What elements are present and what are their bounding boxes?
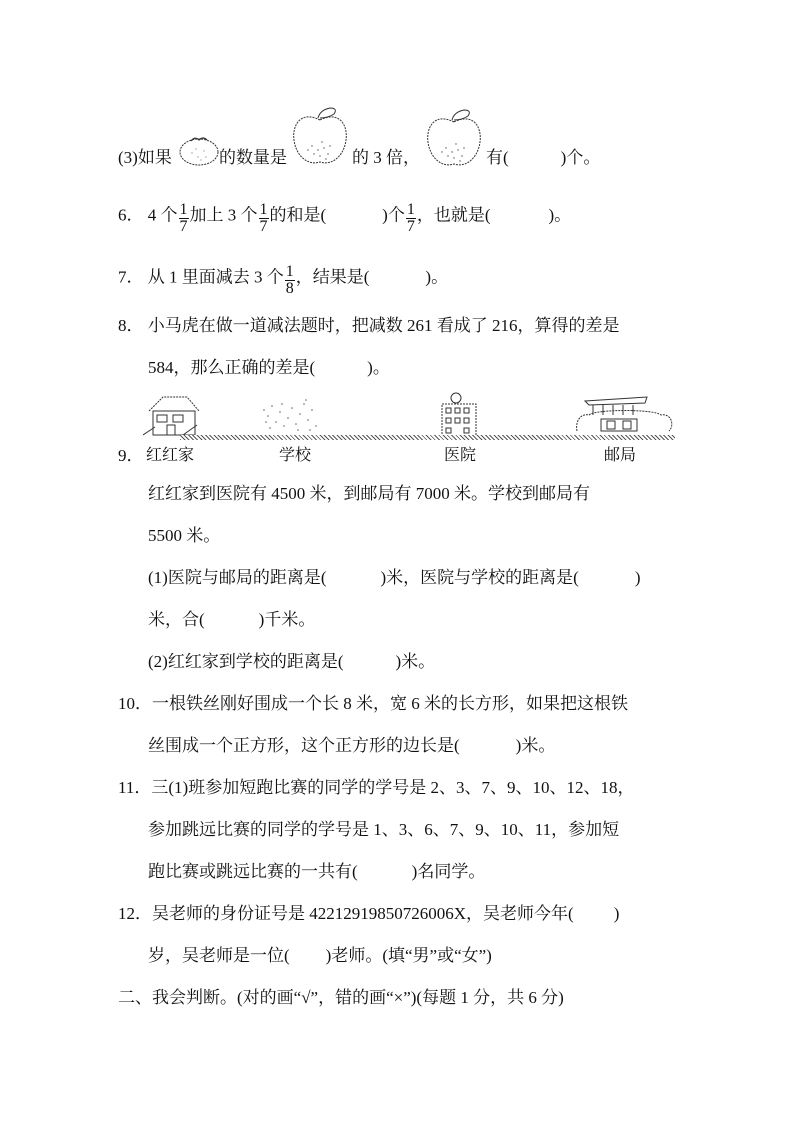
q11-text: )名同学。 <box>412 862 486 881</box>
numerator: 1 <box>179 202 189 219</box>
place-label-hospital: 医院 <box>444 446 476 466</box>
road-line <box>180 435 675 440</box>
question-12-line2: 岁，吴老师是一位()老师。(填“男”或“女”) <box>148 946 492 966</box>
q9-text: 米，合( <box>148 610 205 629</box>
q12-text: )老师。(填“男”或“女”) <box>326 946 492 965</box>
question-number: 6． <box>118 205 144 224</box>
denominator: 8 <box>285 281 295 297</box>
denominator: 7 <box>259 219 269 235</box>
section-2-title: 二、我会判断。(对的画“√”，错的画“×”)(每题 1 分，共 6 分) <box>118 988 564 1008</box>
q10-text: 一根铁丝刚好围成一个长 8 米，宽 6 米的长方形，如果把这根铁 <box>152 694 628 713</box>
q6-text: )个 <box>382 205 405 224</box>
q5-part3: (3)如果 <box>118 148 172 168</box>
tomato-icon <box>178 133 220 167</box>
q12-text: 吴老师的身份证号是 42212919850726006X，吴老师今年( <box>152 904 574 923</box>
question-10-line2: 丝围成一个正方形，这个正方形的边长是()米。 <box>148 736 555 756</box>
q6-text: )。 <box>549 205 572 224</box>
hospital-icon <box>438 390 480 438</box>
question-number: 7． <box>118 267 144 286</box>
numerator: 1 <box>406 202 416 219</box>
question-number: 12． <box>118 904 152 923</box>
place-label-home: 红红家 <box>146 446 194 466</box>
question-number: 8． <box>118 316 144 335</box>
fraction: 17 <box>406 202 416 235</box>
numerator: 1 <box>285 264 295 281</box>
question-9-number: 9． <box>118 446 144 466</box>
question-11-line1: 11．三(1)班参加短跑比赛的同学的学号是 2、3、7、9、10、12、18， <box>118 778 634 798</box>
q7-text: )。 <box>425 267 448 286</box>
post-office-icon <box>575 391 675 437</box>
q5-part3-close: )个。 <box>561 148 601 167</box>
question-12-line1: 12．吴老师的身份证号是 42212919850726006X，吴老师今年() <box>118 904 619 924</box>
q11-text: 跑比赛或跳远比赛的一共有( <box>148 862 358 881</box>
place-label-post-office: 邮局 <box>604 446 636 466</box>
q11-text: 三(1)班参加短跑比赛的同学的学号是 2、3、7、9、10、12、18， <box>151 778 634 797</box>
q9-text: )米，医院与学校的距离是( <box>380 568 578 587</box>
apple-icon <box>424 108 484 170</box>
question-6: 6． 4 个17加上 3 个17的和是()个17，也就是()。 <box>118 200 571 233</box>
numerator: 1 <box>259 202 269 219</box>
fraction: 18 <box>285 264 295 297</box>
q5-part3-prefix: (3)如果 <box>118 148 172 167</box>
q12-text: 岁，吴老师是一位( <box>148 946 290 965</box>
q6-text: ，也就是( <box>417 205 491 224</box>
question-9-line1: 红红家到医院有 4500 米，到邮局有 7000 米。学校到邮局有 <box>148 484 590 504</box>
question-number: 11． <box>118 778 151 797</box>
q10-text: )米。 <box>516 736 556 755</box>
q6-text: 的和是( <box>270 205 327 224</box>
place-label-school: 学校 <box>279 446 311 466</box>
question-11-line3: 跑比赛或跳远比赛的一共有()名同学。 <box>148 862 485 882</box>
school-icon <box>258 396 324 436</box>
q8-text: 584，那么正确的差是( <box>148 358 315 377</box>
q8-text: 小马虎在做一道减法题时，把减数 261 看成了 216，算得的差是 <box>148 316 620 335</box>
q9-text: (2)红红家到学校的距离是( <box>148 652 343 671</box>
apple-icon <box>290 106 350 168</box>
denominator: 7 <box>406 219 416 235</box>
question-9-sub1-cont: 米，合()千米。 <box>148 610 315 630</box>
q6-text: 加上 3 个 <box>190 205 258 224</box>
question-number: 10． <box>118 694 152 713</box>
q9-text: )千米。 <box>259 610 316 629</box>
q7-text: 从 1 里面减去 3 个 <box>148 267 284 286</box>
question-8-line2: 584，那么正确的差是()。 <box>148 358 390 378</box>
q9-text: )米。 <box>395 652 435 671</box>
question-11-line2: 参加跳远比赛的同学的学号是 1、3、6、7、9、10、11，参加短 <box>148 820 619 840</box>
q5-part3-answer: 有()个。 <box>486 148 600 168</box>
q9-text: (1)医院与邮局的距离是( <box>148 568 326 587</box>
q8-text: )。 <box>367 358 390 377</box>
q5-part3-open: 有( <box>486 148 509 167</box>
q6-text: 4 个 <box>148 205 178 224</box>
question-9-sub2: (2)红红家到学校的距离是()米。 <box>148 652 435 672</box>
question-9-line2: 5500 米。 <box>148 526 220 546</box>
question-8-line1: 8． 小马虎在做一道减法题时，把减数 261 看成了 216，算得的差是 <box>118 316 620 336</box>
question-7: 7． 从 1 里面减去 3 个18，结果是()。 <box>118 262 448 295</box>
q12-text: ) <box>614 904 620 923</box>
q7-text: ，结果是( <box>296 267 370 286</box>
denominator: 7 <box>179 219 189 235</box>
fraction: 17 <box>179 202 189 235</box>
house-icon <box>143 393 203 438</box>
q5-part3-middle: 的数量是 <box>219 148 287 168</box>
q9-text: ) <box>635 568 641 587</box>
question-9-sub1: (1)医院与邮局的距离是()米，医院与学校的距离是() <box>148 568 640 588</box>
fraction: 17 <box>259 202 269 235</box>
question-10-line1: 10．一根铁丝刚好围成一个长 8 米，宽 6 米的长方形，如果把这根铁 <box>118 694 628 714</box>
q10-text: 丝围成一个正方形，这个正方形的边长是( <box>148 736 460 755</box>
q5-part3-suffix1: 的 3 倍， <box>352 148 420 168</box>
